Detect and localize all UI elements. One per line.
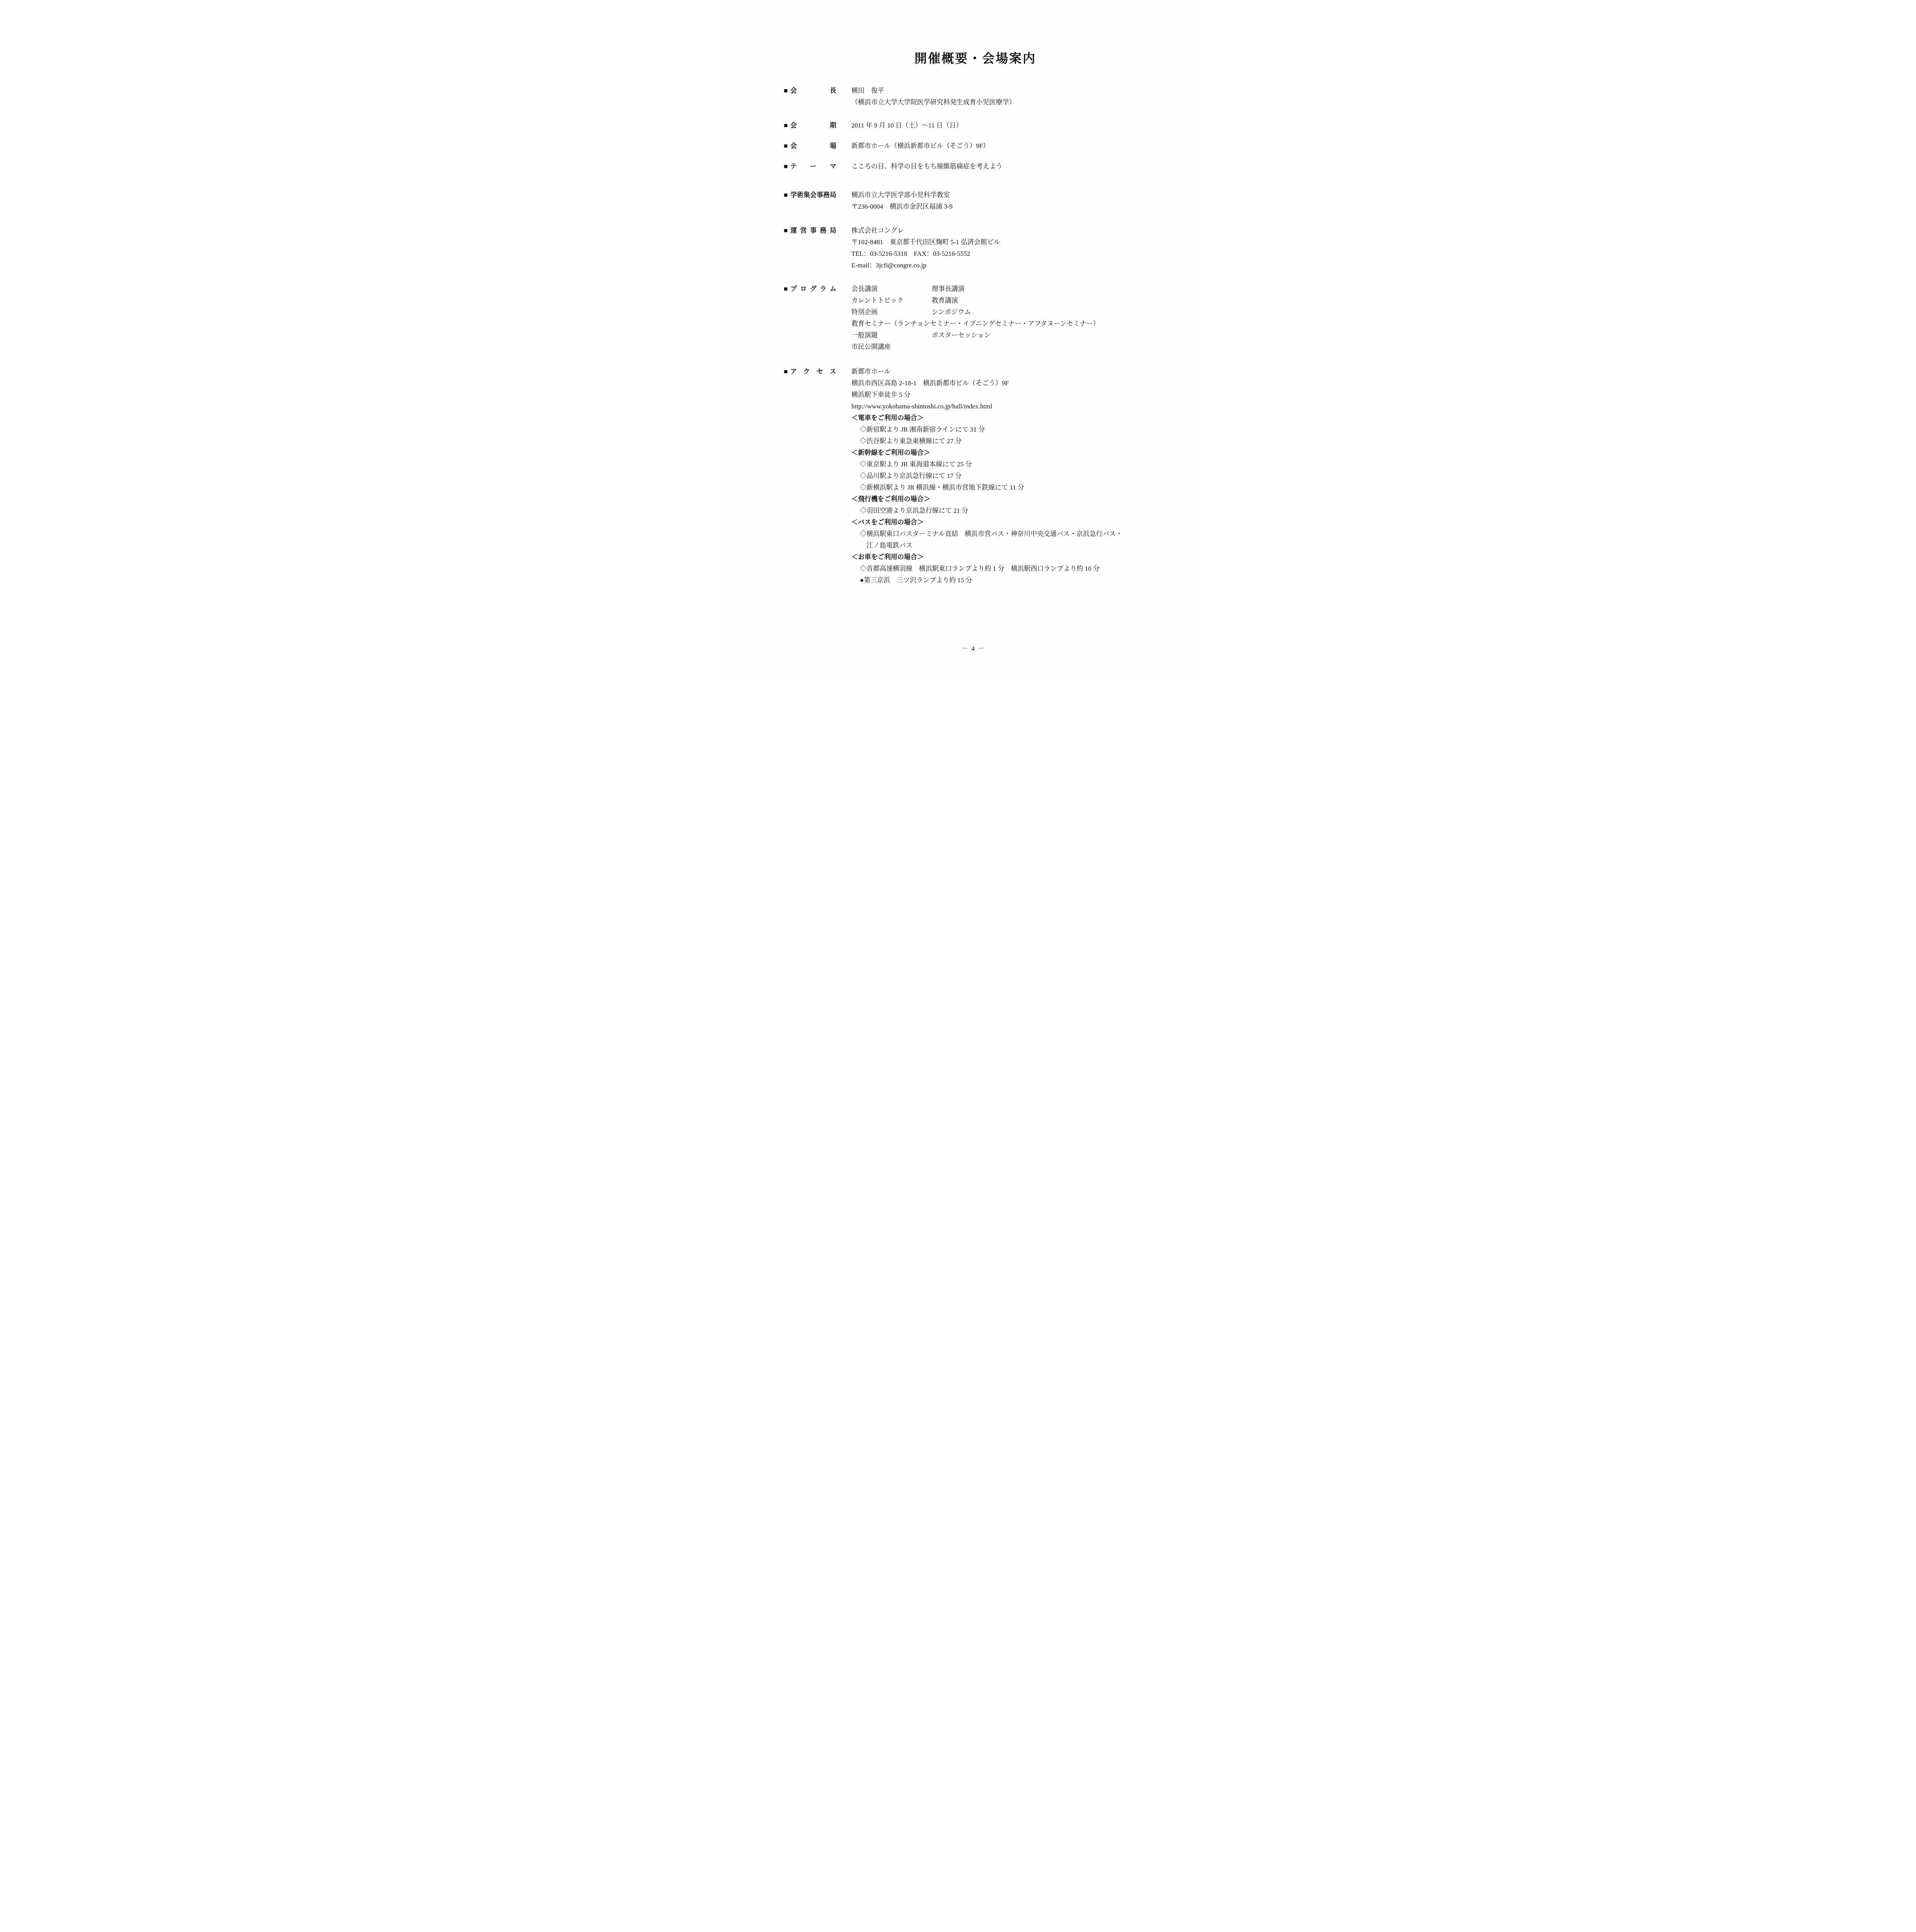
- program-item: カレントトピック: [852, 297, 904, 304]
- section-label-access: アクセス: [791, 366, 836, 378]
- access-route-item: ◇新横浜駅より JR 横浜線・横浜市営地下鉄線にて 11 分: [852, 482, 1122, 493]
- president-content: 横田 俊平 （横浜市立大学大学院医学研究科発生成育小児医療学）: [852, 85, 1016, 108]
- admin-office-name: 株式会社コングレ: [852, 225, 1000, 236]
- program-row: 一般演題 ポスターセッション: [852, 330, 1100, 341]
- section-label-academic-office: 学術集会事務局: [791, 189, 836, 201]
- section-label-program: プログラム: [791, 283, 836, 295]
- program-row: 市民公開講座: [852, 341, 1100, 353]
- square-bullet-icon: ■: [784, 283, 791, 295]
- program-item: 教育セミナー（ランチョンセミナー・イブニングセミナー・アフタヌーンセミナー）: [852, 320, 1100, 327]
- program-item: 会長講演: [852, 285, 878, 293]
- access-route-item: ◇品川駅より京浜急行線にて 17 分: [852, 470, 1122, 482]
- program-item: 一般演題: [852, 332, 878, 339]
- president-name: 横田 俊平: [852, 85, 1016, 97]
- access-route-item: ◇首都高速横羽線 横浜駅東口ランプより約 1 分 横浜駅西口ランプより約 10 …: [852, 563, 1122, 575]
- section-president: ■ 会長 横田 俊平 （横浜市立大学大学院医学研究科発生成育小児医療学）: [784, 85, 1016, 108]
- section-label-dates: 会期: [791, 120, 836, 131]
- section-program: ■ プログラム 会長講演 理事長講演 カレントトピック 教育講演 特別企画 シン…: [784, 283, 1100, 353]
- square-bullet-icon: ■: [784, 140, 791, 152]
- dates-value: 2011 年 9 月 10 日（土）～11 日（日）: [852, 120, 963, 131]
- access-address: 横浜市西区高島 2-18-1 横浜新都市ビル（そごう）9F: [852, 378, 1122, 389]
- venue-value: 新都市ホール（横浜新都市ビル（そごう）9F）: [852, 140, 990, 152]
- program-row: 教育セミナー（ランチョンセミナー・イブニングセミナー・アフタヌーンセミナー）: [852, 318, 1100, 330]
- program-row: 特別企画 シンポジウム: [852, 306, 1100, 318]
- square-bullet-icon: ■: [784, 120, 791, 131]
- academic-office-address: 〒236-0004 横浜市金沢区福浦 3-9: [852, 201, 953, 213]
- section-academic-office: ■ 学術集会事務局 横浜市立大学医学部小児科学教室 〒236-0004 横浜市金…: [784, 189, 953, 213]
- square-bullet-icon: ■: [784, 366, 791, 378]
- program-item: ポスターセッション: [932, 330, 991, 341]
- access-route-item: ◇新宿駅より JR 湘南新宿ラインにて 31 分: [852, 424, 1122, 435]
- access-venue-name: 新都市ホール: [852, 366, 1122, 378]
- program-item: 教育講演: [932, 295, 958, 306]
- access-group-header-shinkansen: ＜新幹線をご利用の場合＞: [852, 447, 1122, 459]
- venue-content: 新都市ホール（横浜新都市ビル（そごう）9F）: [852, 140, 990, 152]
- section-dates: ■ 会期 2011 年 9 月 10 日（土）～11 日（日）: [784, 120, 963, 131]
- access-group-header-car: ＜お車をご利用の場合＞: [852, 551, 1122, 563]
- section-label-president: 会長: [791, 85, 836, 97]
- program-item: シンポジウム: [932, 306, 971, 318]
- square-bullet-icon: ■: [784, 189, 791, 201]
- access-route-item: ◇羽田空港より京浜急行線にて 21 分: [852, 505, 1122, 517]
- program-item: 特別企画: [852, 308, 878, 316]
- access-walk: 横浜駅下車徒歩 5 分: [852, 389, 1122, 401]
- square-bullet-icon: ■: [784, 161, 791, 172]
- program-row: カレントトピック 教育講演: [852, 295, 1100, 306]
- admin-office-tel-fax: TEL：03-5216-5318 FAX：03-5216-5552: [852, 248, 1000, 260]
- page-number: － 4 －: [719, 643, 1198, 653]
- admin-office-email: E-mail：3jcfi@congre.co.jp: [852, 260, 1000, 271]
- admin-office-content: 株式会社コングレ 〒102-8481 東京都千代田区麹町 5-1 弘済会館ビル …: [852, 225, 1000, 271]
- theme-content: こころの目、科学の目をもち線維筋痛症を考えよう: [852, 161, 1003, 172]
- square-bullet-icon: ■: [784, 225, 791, 236]
- square-bullet-icon: ■: [784, 85, 791, 97]
- academic-office-name: 横浜市立大学医学部小児科学教室: [852, 189, 953, 201]
- section-label-admin-office: 運営事務局: [791, 225, 836, 236]
- section-access: ■ アクセス 新都市ホール 横浜市西区高島 2-18-1 横浜新都市ビル（そごう…: [784, 366, 1122, 586]
- section-theme: ■ テーマ こころの目、科学の目をもち線維筋痛症を考えよう: [784, 161, 1003, 172]
- section-label-theme: テーマ: [791, 161, 836, 172]
- access-url: http://www.yokohama-shintoshi.co.jp/hall…: [852, 401, 1122, 412]
- page-title: 開催概要・会場案内: [719, 49, 1198, 66]
- section-venue: ■ 会場 新都市ホール（横浜新都市ビル（そごう）9F）: [784, 140, 990, 152]
- access-route-item: ◇東京駅より JR 東海道本線にて 25 分: [852, 459, 1122, 470]
- document-page: 開催概要・会場案内 ■ 会長 横田 俊平 （横浜市立大学大学院医学研究科発生成育…: [719, 0, 1198, 678]
- program-item: 市民公開講座: [852, 343, 891, 350]
- section-admin-office: ■ 運営事務局 株式会社コングレ 〒102-8481 東京都千代田区麹町 5-1…: [784, 225, 1000, 271]
- admin-office-address: 〒102-8481 東京都千代田区麹町 5-1 弘済会館ビル: [852, 236, 1000, 248]
- program-row: 会長講演 理事長講演: [852, 283, 1100, 295]
- section-label-venue: 会場: [791, 140, 836, 152]
- access-group-header-bus: ＜バスをご利用の場合＞: [852, 517, 1122, 528]
- theme-value: こころの目、科学の目をもち線維筋痛症を考えよう: [852, 161, 1003, 172]
- program-content: 会長講演 理事長講演 カレントトピック 教育講演 特別企画 シンポジウム 教育セ…: [852, 283, 1100, 353]
- academic-office-content: 横浜市立大学医学部小児科学教室 〒236-0004 横浜市金沢区福浦 3-9: [852, 189, 953, 213]
- access-route-item: ●第三京浜 三ツ沢ランプより約 15 分: [852, 575, 1122, 586]
- dates-content: 2011 年 9 月 10 日（土）～11 日（日）: [852, 120, 963, 131]
- access-content: 新都市ホール 横浜市西区高島 2-18-1 横浜新都市ビル（そごう）9F 横浜駅…: [852, 366, 1122, 586]
- program-item: 理事長講演: [932, 283, 965, 295]
- access-route-item: ◇横浜駅東口バスターミナル直結 横浜市営バス・神奈川中央交通バス・京浜急行バス・: [852, 528, 1122, 540]
- access-route-item: ◇渋谷駅より東急東横線にて 27 分: [852, 435, 1122, 447]
- access-group-header-train: ＜電車をご利用の場合＞: [852, 412, 1122, 424]
- president-affiliation: （横浜市立大学大学院医学研究科発生成育小児医療学）: [852, 97, 1016, 108]
- access-group-header-airplane: ＜飛行機をご利用の場合＞: [852, 493, 1122, 505]
- access-route-item-continuation: 江ノ島電鉄バス: [852, 540, 1122, 551]
